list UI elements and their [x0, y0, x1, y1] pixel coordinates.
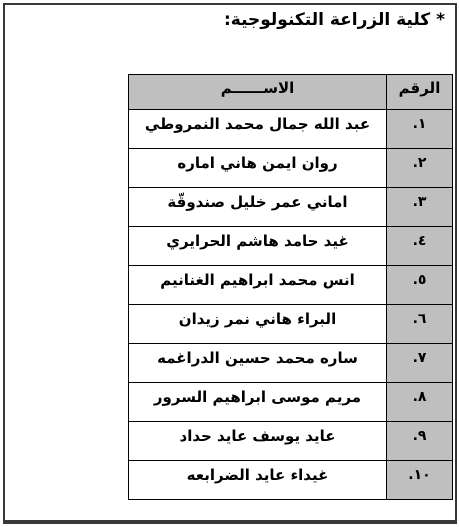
column-header-name: الاســــــم — [129, 75, 387, 110]
table-row: ٤. غيد حامد هاشم الحرايري — [129, 227, 453, 266]
table-row: ١. عبد الله جمال محمد النمروطي — [129, 110, 453, 149]
student-name: مريم موسى ابراهيم السرور — [129, 383, 387, 422]
student-name: غيداء عايد الضرابعه — [129, 461, 387, 500]
table-row: ٧. ساره محمد حسين الدراغمه — [129, 344, 453, 383]
table-row: ٩. عايد يوسف عايد حداد — [129, 422, 453, 461]
table-row: ١٠. غيداء عايد الضرابعه — [129, 461, 453, 500]
student-name: غيد حامد هاشم الحرايري — [129, 227, 387, 266]
students-table: الرقم الاســــــم ١. عبد الله جمال محمد … — [128, 74, 453, 500]
student-name: اماني عمر خليل صندوقّة — [129, 188, 387, 227]
row-number: ٤. — [387, 227, 453, 266]
row-number: ٦. — [387, 305, 453, 344]
page-title: * كلية الزراعة التكنولوجية: — [224, 10, 445, 30]
row-number: ٧. — [387, 344, 453, 383]
student-name: البراء هاني نمر زيدان — [129, 305, 387, 344]
row-number: ٩. — [387, 422, 453, 461]
student-name: عايد يوسف عايد حداد — [129, 422, 387, 461]
column-header-number: الرقم — [387, 75, 453, 110]
table-row: ٦. البراء هاني نمر زيدان — [129, 305, 453, 344]
table-row: ٨. مريم موسى ابراهيم السرور — [129, 383, 453, 422]
row-number: ١٠. — [387, 461, 453, 500]
table-row: ٣. اماني عمر خليل صندوقّة — [129, 188, 453, 227]
row-number: ١. — [387, 110, 453, 149]
row-number: ٥. — [387, 266, 453, 305]
table-header-row: الرقم الاســــــم — [129, 75, 453, 110]
row-number: ٨. — [387, 383, 453, 422]
student-name: عبد الله جمال محمد النمروطي — [129, 110, 387, 149]
table-row: ٢. روان ايمن هاني اماره — [129, 149, 453, 188]
page-frame: * كلية الزراعة التكنولوجية: الرقم الاســ… — [3, 3, 457, 524]
student-name: روان ايمن هاني اماره — [129, 149, 387, 188]
student-name: انس محمد ابراهيم الغنانيم — [129, 266, 387, 305]
student-name: ساره محمد حسين الدراغمه — [129, 344, 387, 383]
row-number: ٢. — [387, 149, 453, 188]
table-row: ٥. انس محمد ابراهيم الغنانيم — [129, 266, 453, 305]
row-number: ٣. — [387, 188, 453, 227]
